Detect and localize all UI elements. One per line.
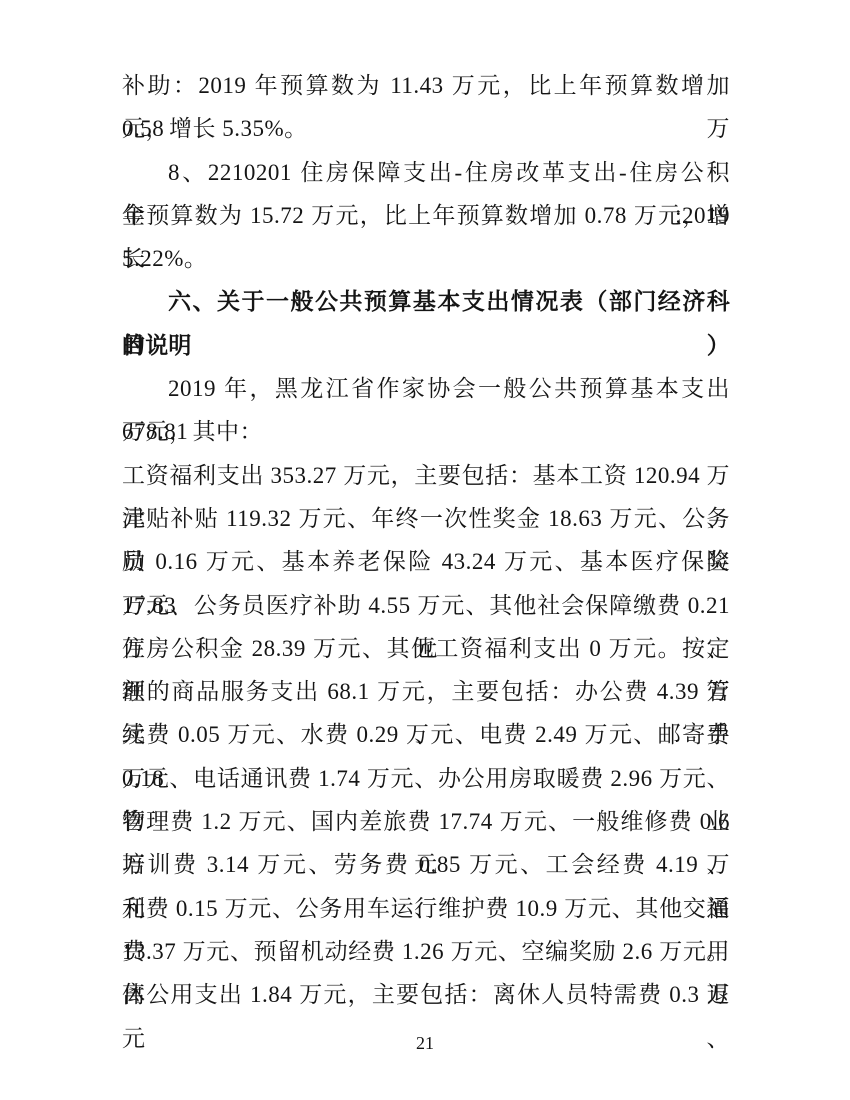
text-line: 六、关于一般公共预算基本支出情况表（部门经济科目）	[122, 280, 730, 323]
text-line: 住房公积金 28.39 万元、其他工资福利支出 0 万元。按定额管	[122, 627, 730, 670]
text-line: 管理费 1.2 万元、国内差旅费 17.74 万元、一般维修费 0.6 万元、	[122, 800, 730, 843]
text-line: 励 0.16 万元、基本养老保险 43.24 万元、基本医疗保险 17.83	[122, 540, 730, 583]
document-content: 补助：2019 年预算数为 11.43 万元，比上年预算数增加 0.58 万元，…	[122, 64, 730, 1017]
text-line: 万元、电话通讯费 1.74 万元、办公用房取暖费 2.96 万元、物业	[122, 757, 730, 800]
text-line: 理的商品服务支出 68.1 万元，主要包括：办公费 4.39 万元、手	[122, 670, 730, 713]
document-page: 补助：2019 年预算数为 11.43 万元，比上年预算数增加 0.58 万元，…	[0, 0, 850, 1100]
text-line: 津贴补贴 119.32 万元、年终一次性奖金 18.63 万元、公务员奖	[122, 497, 730, 540]
text-line: 万元、公务员医疗补助 4.55 万元、其他社会保障缴费 0.21 万元、	[122, 584, 730, 627]
text-line: 续费 0.05 万元、水费 0.29 万元、电费 2.49 万元、邮寄费 0.1…	[122, 713, 730, 756]
text-line: 8、2210201 住房保障支出-住房改革支出-住房公积金:2019	[122, 151, 730, 194]
text-line: 13.37 万元、预留机动经费 1.26 万元、空编奖励 2.6 万元。离退	[122, 930, 730, 973]
page-number: 21	[0, 1033, 850, 1054]
text-line: 5.22%。	[122, 237, 730, 280]
text-line: 万元，其中：	[122, 410, 730, 453]
text-line: 工资福利支出 353.27 万元，主要包括：基本工资 120.94 万元、	[122, 454, 730, 497]
text-line: 利费 0.15 万元、公务用车运行维护费 10.9 万元、其他交通费用	[122, 887, 730, 930]
text-line: 休公用支出 1.84 万元，主要包括：离休人员特需费 0.3 万元、	[122, 973, 730, 1016]
text-line: 培训费 3.14 万元、劳务费 0.85 万元、工会经费 4.19 万元、福	[122, 843, 730, 886]
text-line: 补助：2019 年预算数为 11.43 万元，比上年预算数增加 0.58 万	[122, 64, 730, 107]
text-line: 2019 年，黑龙江省作家协会一般公共预算基本支出 678.81	[122, 367, 730, 410]
text-line: 年预算数为 15.72 万元，比上年预算数增加 0.78 万元，增长	[122, 194, 730, 237]
